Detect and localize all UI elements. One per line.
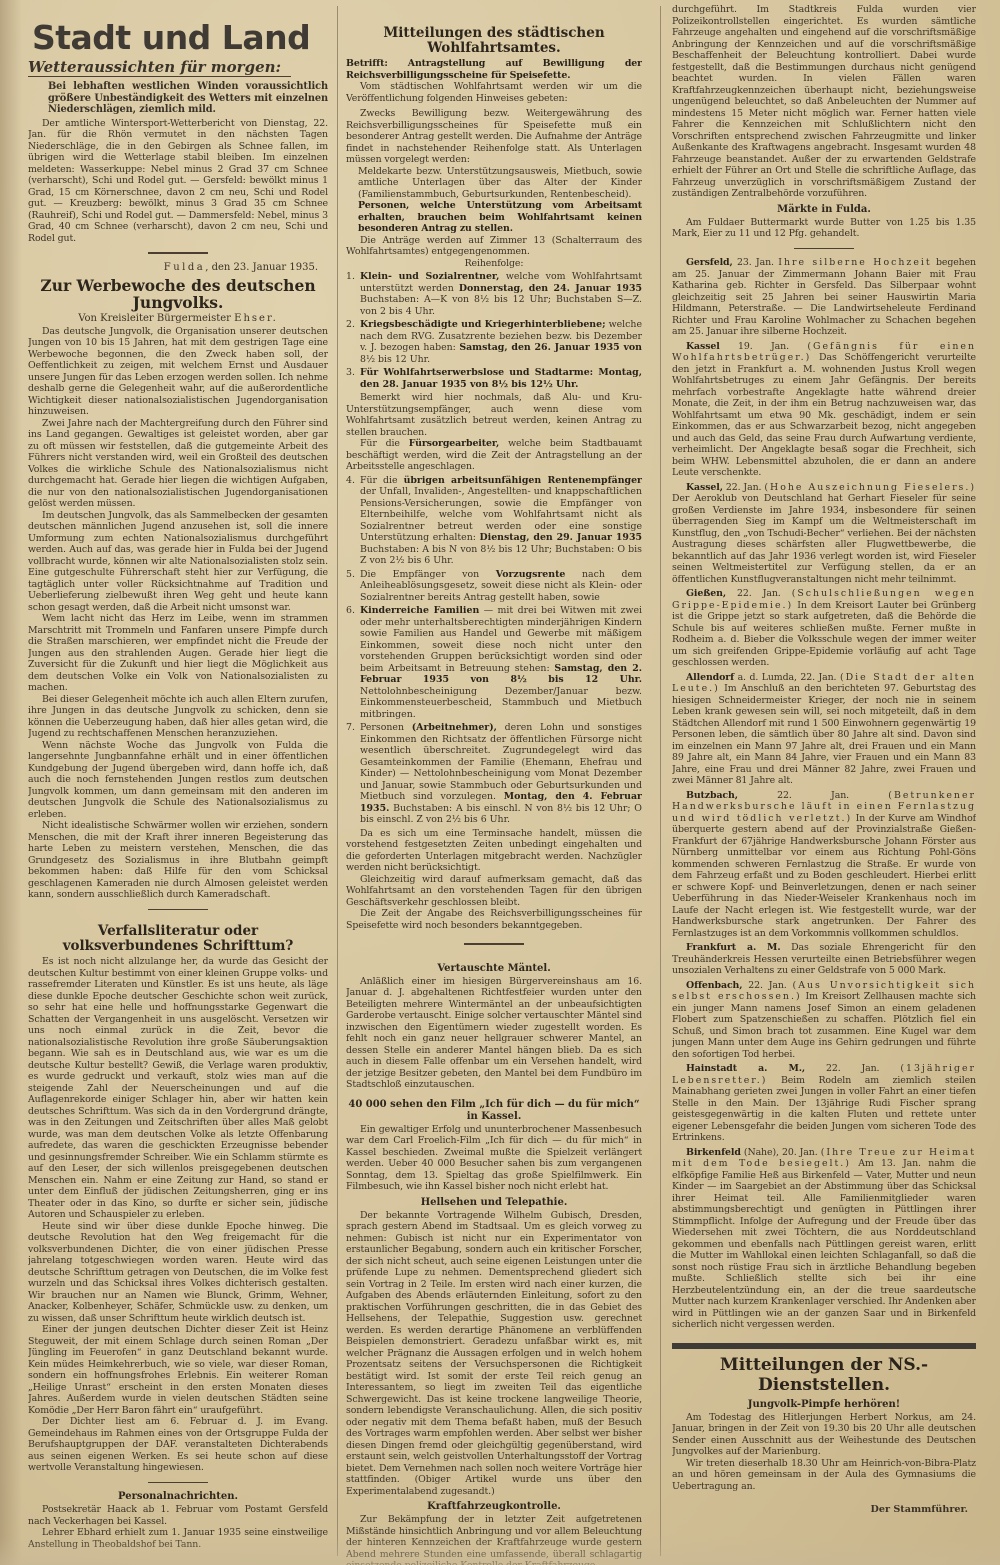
news-date: a. d. Lumda, 22. Jan. [734, 672, 836, 683]
news-place: Allendorf [686, 672, 734, 683]
news-headline: Ihre silberne Hochzeit [778, 257, 931, 268]
dateline: Fulda, den 23. Januar 1935. [28, 262, 318, 273]
ns-subtitle: Jungvolk-Pimpfe herhören! [672, 1399, 976, 1411]
item-date: Donnerstag, den 24. Januar 1935 [459, 283, 642, 294]
article-paragraph: Im deutschen Jungvolk, das als Sammelbec… [28, 510, 328, 614]
article-paragraph: Bemerkt wird hier nochmals, daß Alu- und… [346, 392, 642, 438]
news-item: Offenbach, 22. Jan. (Aus Unvorsichtigkei… [672, 980, 976, 1061]
list-item: 1. Klein- und Sozialrentner, welche vom … [346, 271, 642, 317]
article-paragraph: Da es sich um eine Terminsache handelt, … [346, 828, 642, 874]
news-item: Kassel, 22. Jan. (Hohe Auszeichnung Fies… [672, 482, 976, 586]
news-text: In der Kurve am Windhof überquerte geste… [672, 813, 976, 939]
item-number: 7. [346, 722, 360, 826]
article-paragraph: Am Fuldaer Buttermarkt wurde Butter von … [672, 217, 976, 240]
news-date: 22. Jan. [738, 790, 849, 801]
item-hours: 8½ bis 12 Uhr. [360, 354, 430, 365]
item-group: Kriegsbeschädigte und Kriegerhinterblieb… [360, 319, 606, 330]
divider [148, 252, 208, 254]
news-date: 22. Jan. [805, 1063, 879, 1074]
weather-lead: Bei lebhaften westlichen Winden voraussi… [28, 81, 328, 116]
divider [794, 248, 854, 250]
divider [464, 943, 524, 945]
article-paragraph: Heute sind wir über diese dunkle Epoche … [28, 1221, 328, 1325]
news-place: Frankfurt a. M. [686, 942, 780, 953]
news-item: Frankfurt a. M. Das soziale Ehrengericht… [672, 942, 976, 977]
news-item: Hainstadt a. M., 22. Jan. (13jähriger Le… [672, 1063, 976, 1144]
article-paragraph: Bei dieser Gelegenheit möchte ich auch a… [28, 694, 328, 740]
weather-report: Der amtliche Wintersport-Wetterbericht v… [28, 118, 328, 245]
article-title-wohlfahrt: Mitteilungen des städtischen Wohlfahrtsa… [346, 26, 642, 56]
item-number: 5. [346, 569, 360, 604]
page-binding-shadow [0, 0, 22, 1565]
text-bold: Fürsorgearbeiter, [409, 438, 499, 449]
order-label: Reihenfolge: [346, 258, 642, 270]
column-left: Stadt und Land Wetteraussichten für morg… [28, 0, 328, 1565]
article-paragraph: Postsekretär Haack ab 1. Februar vom Pos… [28, 1504, 328, 1527]
news-item: Gersfeld, 23. Jan. Ihre silberne Hochzei… [672, 257, 976, 338]
item-number: 4. [346, 475, 360, 567]
news-place: Gersfeld, [686, 257, 733, 268]
list-item: 3. Für Wohlfahrtserwerbslose und Stadtar… [346, 367, 642, 390]
required-documents: Meldekarte bezw. Unterstützungsausweis, … [346, 166, 642, 235]
item-pre: Für die [360, 475, 404, 486]
item-hours: Buchstaben: A bis N von 8½ bis 12 Uhr; B… [360, 544, 642, 567]
article-paragraph: Wir treten dieserhalb 18.30 Uhr am Heinr… [672, 1458, 976, 1493]
news-item: Kassel 19. Jan. (Gefängnis für einen Woh… [672, 341, 976, 479]
item-group: Kinderreiche Familien [360, 605, 479, 616]
news-headline: (Hohe Auszeichnung Fieselers.) [764, 482, 976, 493]
column-middle: Mitteilungen des städtischen Wohlfahrtsa… [346, 0, 642, 1565]
betrifft-label: Betrifft: [346, 58, 388, 69]
news-place: Offenbach, [686, 980, 742, 991]
news-date: 22. Jan. [723, 482, 762, 493]
news-place: Birkenfeld [686, 1147, 741, 1158]
news-date: 22. Jan. [726, 588, 781, 599]
news-item: Allendorf a. d. Lumda, 22. Jan. (Die Sta… [672, 672, 976, 787]
item-number: 6. [346, 605, 360, 720]
article-paragraph: Nicht idealistische Schwärmer wollen wir… [28, 820, 328, 901]
signature: Der Stammführer. [672, 1504, 968, 1515]
article-paragraph: Anläßlich einer im hiesigen Bürgerverein… [346, 976, 642, 1091]
article-paragraph: Die Zeit der Angabe des Reichsverbilligu… [346, 908, 642, 931]
divider [148, 1482, 208, 1484]
page-edge-shading [0, 1535, 1000, 1565]
item-pre: Die Empfänger von [360, 569, 496, 580]
item-group: übrigen arbeitsunfähigen Rentenempfänger [404, 475, 642, 486]
news-place: Hainstadt a. M., [686, 1063, 805, 1074]
article-paragraph: Zwecks Bewilligung bezw. Weitergewährung… [346, 108, 642, 166]
item-group: (Arbeitnehmer), [412, 722, 497, 733]
dateline-place: Fulda [164, 262, 205, 273]
byline: Von Kreisleiter Bürgermeister Ehser. [28, 313, 328, 324]
article-paragraph: Die Anträge werden auf Zimmer 13 (Schalt… [346, 235, 642, 258]
dateline-date: , den 23. Januar 1935. [205, 262, 318, 273]
item-hours: Nettolohnbescheinigung Dezember/Januar b… [360, 686, 642, 720]
article-paragraph: Zwei Jahre nach der Machtergreifung durc… [28, 418, 328, 510]
byline-name: Ehser. [234, 313, 278, 324]
article-paragraph: Wenn nächste Woche das Jungvolk von Fuld… [28, 740, 328, 821]
news-item: Butzbach, 22. Jan. (Betrunkener Handwerk… [672, 790, 976, 940]
list-item: 7. Personen (Arbeitnehmer), deren Lohn u… [346, 722, 642, 826]
article-title-maerkte: Märkte in Fulda. [672, 204, 976, 216]
article-continuation: durchgeführt. Im Stadtkreis Fulda wurden… [672, 4, 976, 200]
list-item: 5. Die Empfänger von Vorzugsrente nach d… [346, 569, 642, 604]
article-paragraph: Am Todestag des Hitlerjungen Herbert Nor… [672, 1412, 976, 1458]
article-paragraph: Wem lacht nicht das Herz im Leibe, wenn … [28, 613, 328, 694]
news-item: Gießen, 22. Jan. (Schulschließungen wege… [672, 588, 976, 669]
section-bar [672, 1343, 976, 1349]
item-number: 2. [346, 319, 360, 365]
list-item: 2. Kriegsbeschädigte und Kriegerhinterbl… [346, 319, 642, 365]
item-hours: Buchstaben: A bis einschl. N von 8½ bis … [360, 803, 642, 826]
news-place: Kassel [686, 341, 720, 352]
news-item: Birkenfeld (Nahe), 20. Jan. (Ihre Treue … [672, 1147, 976, 1331]
news-text: begehen am 25. Januar der Zimmermann Joh… [672, 257, 976, 337]
news-place: Kassel, [686, 482, 723, 493]
article-title-kraftfahrzeug: Kraftfahrzeugkontrolle. [346, 1501, 642, 1513]
article-paragraph: Einer der jungen deutschen Dichter diese… [28, 1324, 328, 1416]
ns-section-title: Mitteilungen der NS.-Dienststellen. [672, 1355, 976, 1395]
article-title-literatur: Verfallsliteratur oder volksverbundenes … [28, 924, 328, 954]
byline-prefix: Von Kreisleiter Bürgermeister [78, 313, 231, 324]
article-title-film: 40 000 sehen den Film „Ich für dich — du… [346, 1099, 642, 1123]
item-group: Klein- und Sozialrentner, [360, 271, 499, 282]
news-date: 19. Jan. [720, 341, 789, 352]
column-rule [337, 6, 338, 1556]
regional-news: Gersfeld, 23. Jan. Ihre silberne Hochzei… [672, 257, 976, 1331]
article-paragraph: Gleichzeitig wird darauf aufmerksam gema… [346, 874, 642, 909]
article-paragraph: Es ist noch nicht allzulange her, da wur… [28, 956, 328, 1221]
column-right: durchgeführt. Im Stadtkreis Fulda wurden… [672, 0, 976, 1565]
list-item: 6. Kinderreiche Familien — mit drei bei … [346, 605, 642, 720]
schedule-list-continued: 4. Für die übrigen arbeitsunfähigen Rent… [346, 475, 642, 826]
news-text: Im Anschluß an den berichteten 97. Gebur… [672, 683, 976, 786]
column-rule [660, 6, 661, 1556]
list-item: 4. Für die übrigen arbeitsunfähigen Rent… [346, 475, 642, 567]
article-paragraph: Vom städtischen Wohlfahrtsamt werden wir… [346, 81, 642, 104]
item-date: Dienstag, den 29. Januar 1935 [480, 532, 642, 543]
schedule-list: 1. Klein- und Sozialrentner, welche vom … [346, 271, 642, 390]
section-masthead: Stadt und Land [32, 20, 328, 56]
item-group: Vorzugsrente [496, 569, 566, 580]
item-hours: Buchstaben: A—K von 8½ bis 12 Uhr; Buchs… [360, 294, 642, 317]
text: Für die [360, 438, 409, 449]
betrifft: Betrifft: Antragstellung auf Bewilligung… [346, 58, 642, 81]
item-group: Für Wohlfahrtserwerbslose und Stadtarme:… [360, 367, 642, 390]
item-number: 1. [346, 271, 360, 317]
news-text: Am 13. Jan. nahm die elfköpfige Familie … [672, 1158, 976, 1330]
article-title-personal: Personalnachrichten. [28, 1491, 328, 1503]
article-paragraph: Der bekannte Vortragende Wilhelm Gubisch… [346, 1210, 642, 1498]
news-place: Gießen, [686, 588, 726, 599]
news-place: Butzbach, [686, 790, 738, 801]
documents-note: Personen, welche Unterstützung vom Arbei… [358, 200, 642, 235]
news-text: Das Schöffengericht verurteilte den jetz… [672, 352, 976, 478]
news-date: 22. Jan. [742, 980, 786, 991]
item-pre: Personen [360, 722, 412, 733]
news-date: 23. Jan. [733, 257, 774, 268]
news-date: (Nahe), 20. Jan. [741, 1147, 818, 1158]
article-paragraph: Ein gewaltiger Erfolg und ununterbrochen… [346, 1124, 642, 1193]
item-text: deren Lohn und sonstiges Einkommen den R… [360, 722, 642, 802]
article-title-maentel: Vertauschte Mäntel. [346, 963, 642, 975]
documents-list: Meldekarte bezw. Unterstützungsausweis, … [358, 166, 642, 201]
article-paragraph: Das deutsche Jungvolk, die Organisation … [28, 326, 328, 418]
article-paragraph: Für die Fürsorgearbeiter, welche beim St… [346, 438, 642, 473]
article-title-hellsehen: Hellsehen und Telepathie. [346, 1197, 642, 1209]
item-number: 3. [346, 367, 360, 390]
divider [148, 909, 208, 911]
news-text: Der Aeroklub von Deutschland hat Gerhart… [672, 493, 976, 585]
betrifft-text: Antragstellung auf Bewilligung der Reich… [346, 58, 642, 81]
weather-heading: Wetteraussichten für morgen: [28, 58, 291, 77]
article-paragraph: Der Dichter liest am 6. Februar d. J. im… [28, 1416, 328, 1474]
item-date: Samstag, den 26. Januar 1935 von [459, 342, 642, 353]
newspaper-page: Stadt und Land Wetteraussichten für morg… [0, 0, 1000, 1565]
article-title-jungvolk: Zur Werbewoche des deutschen Jungvolks. [28, 277, 328, 311]
